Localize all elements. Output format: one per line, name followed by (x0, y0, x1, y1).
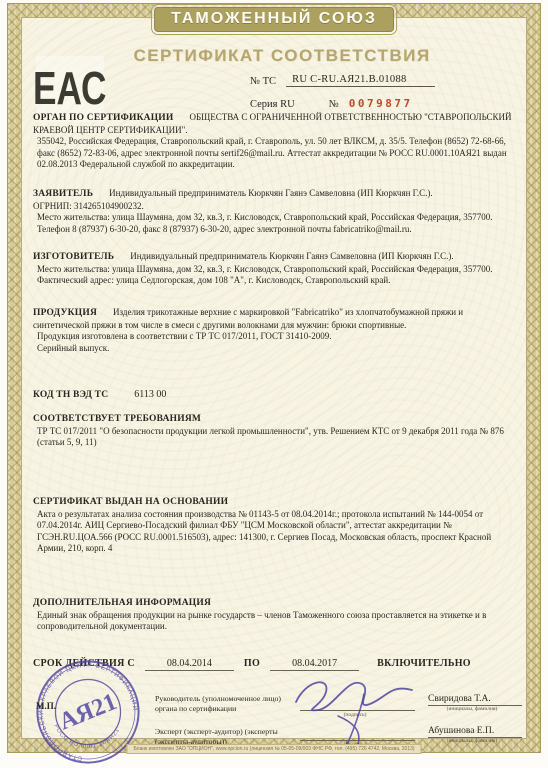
section-label: СООТВЕТСТВУЕТ ТРЕБОВАНИЯМ (33, 414, 501, 426)
section-body: Место жительства: улица Шаумяна, дом 32,… (37, 212, 517, 235)
section-label: СЕРТИФИКАТ ВЫДАН НА ОСНОВАНИИ (33, 497, 501, 509)
series-number-sign: № (329, 99, 339, 110)
certificate-title: СЕРТИФИКАТ СООТВЕТСТВИЯ (124, 46, 440, 66)
section-label: ИЗГОТОВИТЕЛЬ (33, 252, 114, 262)
section-label: ДОПОЛНИТЕЛЬНАЯ ИНФОРМАЦИЯ (33, 598, 501, 610)
series-row: Серия RU № 0079877 (250, 97, 413, 110)
section-body: Акта о результатах анализа состояния про… (37, 509, 517, 555)
section-certification-body: ОРГАН ПО СЕРТИФИКАЦИИОБЩЕСТВА С ОГРАНИЧЕ… (33, 112, 517, 171)
section-applicant: ЗАЯВИТЕЛЬИндивидуальный предприниматель … (33, 188, 517, 235)
section-label: ЗАЯВИТЕЛЬ (33, 189, 93, 199)
section-requirements: СООТВЕТСТВУЕТ ТРЕБОВАНИЯМ ТР ТС 017/2011… (33, 414, 517, 449)
section-tnved-code: КОД ТН ВЭД ТС6113 00 (33, 389, 517, 402)
section-issue-basis: СЕРТИФИКАТ ВЫДАН НА ОСНОВАНИИ Акта о рез… (33, 497, 517, 555)
series-number-value: 0079877 (349, 97, 413, 110)
series-label: Серия RU (250, 99, 295, 110)
section-intro: Изделия трикотажные верхние с маркировко… (33, 307, 463, 330)
section-label: КОД ТН ВЭД ТС (33, 390, 108, 400)
section-body: ТР ТС 017/2011 "О безопасности продукции… (37, 426, 517, 449)
customs-union-badge-label: ТАМОЖЕННЫЙ СОЮЗ (154, 7, 394, 32)
section-body: Единый знак обращения продукции на рынке… (37, 610, 517, 633)
section-label: ПРОДУКЦИЯ (33, 308, 97, 318)
validity-date-from: 08.04.2014 (145, 658, 234, 671)
certificate-number-value: RU C-RU.АЯ21.В.01088 (286, 74, 435, 87)
stamp-place-label: М.П. (36, 701, 56, 711)
footer-fine-print: Бланк изготовлен ЗАО "ОПЦИОН", www.opcio… (126, 744, 421, 754)
section-body: Место жительства: улица Шаумяна, дом 32,… (37, 264, 517, 287)
validity-po-label: ПО (244, 658, 260, 669)
section-manufacturer: ИЗГОТОВИТЕЛЬИндивидуальный предпринимате… (33, 251, 517, 287)
section-additional-info: ДОПОЛНИТЕЛЬНАЯ ИНФОРМАЦИЯ Единый знак об… (33, 598, 517, 633)
section-intro: Индивидуальный предприниматель Кюркчян Г… (130, 251, 453, 261)
certificate-number-label: № ТС (250, 76, 276, 87)
certificate-page: ТАМОЖЕННЫЙ СОЮЗ ЕАС СЕРТИФИКАТ СООТВЕТСТ… (0, 0, 548, 768)
section-label: ОРГАН ПО СЕРТИФИКАЦИИ (33, 113, 174, 123)
stamp-center-code: АЯ21 (55, 688, 120, 735)
customs-union-badge: ТАМОЖЕННЫЙ СОЮЗ (151, 4, 397, 35)
validity-date-to: 08.04.2017 (270, 658, 359, 671)
validity-inclusive-label: ВКЛЮЧИТЕЛЬНО (377, 658, 471, 669)
applicant-ogrnip: ОГРНИП: 314265104900232. (33, 201, 517, 213)
section-body: 355042, Российская Федерация, Ставрополь… (37, 136, 517, 171)
certificate-number-row: № ТС RU C-RU.АЯ21.В.01088 (250, 74, 435, 87)
section-production: ПРОДУКЦИЯИзделия трикотажные верхние с м… (33, 307, 517, 354)
section-intro: Индивидуальный предприниматель Кюркчян Г… (109, 188, 432, 198)
signatory-role-head: Руководитель (уполномоченное лицо) орган… (155, 694, 295, 713)
production-serial: Серийный выпуск. (37, 343, 517, 355)
tnved-code-value: 6113 00 (134, 389, 166, 400)
eac-mark-text: ЕАС (33, 63, 106, 115)
production-standards: Продукция изготовлена в соответствии с Т… (37, 331, 517, 343)
